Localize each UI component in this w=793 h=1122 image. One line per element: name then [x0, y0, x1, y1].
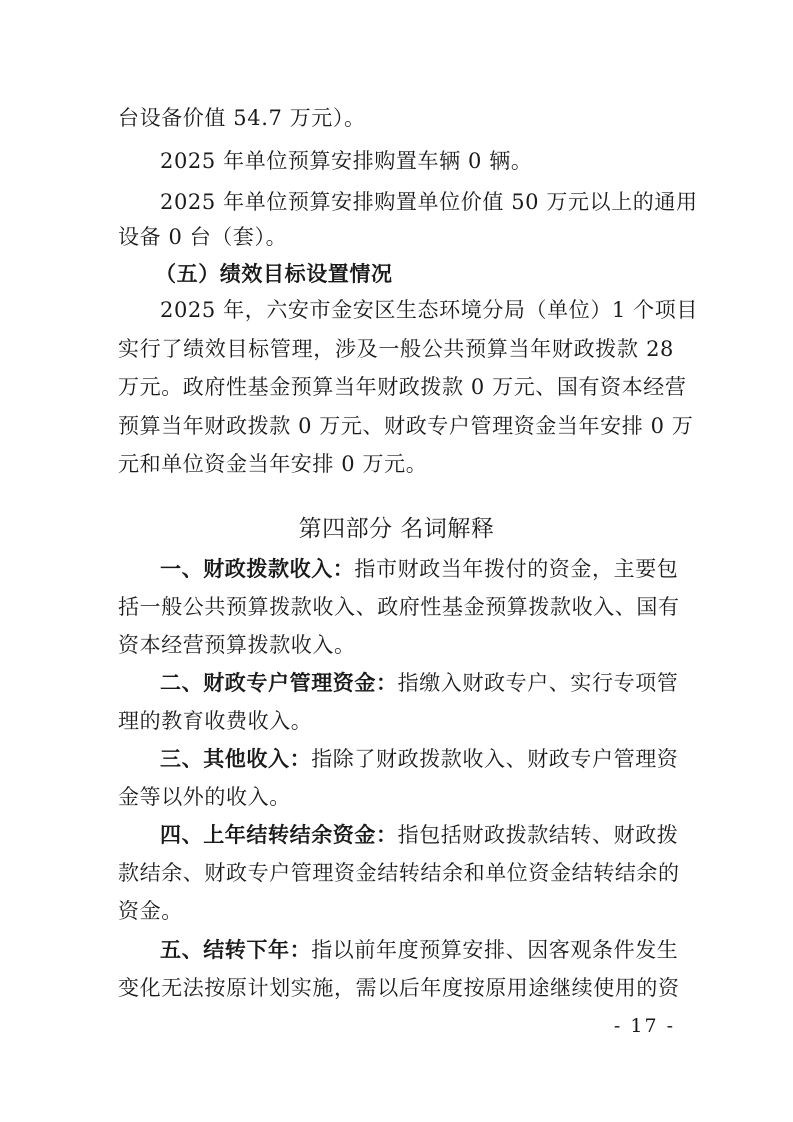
term-text: 指市财政当年拨付的资金，主要包	[354, 557, 678, 581]
term-definition-line: 四、上年结转结余资金：指包括财政拨款结转、财政拨	[160, 823, 674, 847]
term-definition-line: 五、结转下年：指以前年度预算安排、因客观条件发生	[160, 938, 674, 962]
term-label: 一、财政拨款收入：	[160, 557, 354, 581]
paragraph-line: 资本经营预算拨款收入。	[118, 633, 674, 657]
section-heading: （五）绩效目标设置情况	[155, 262, 669, 286]
term-text: 指包括财政拨款结转、财政拨	[398, 823, 679, 847]
page-number: - 17 -	[614, 1015, 675, 1037]
paragraph-line: 2025 年单位预算安排购置车辆 0 辆。	[160, 149, 674, 173]
paragraph-line: 资金。	[118, 899, 674, 923]
term-definition-line: 二、财政专户管理资金：指缴入财政专户、实行专项管	[160, 671, 674, 695]
paragraph-line: 括一般公共预算拨款收入、政府性基金预算拨款收入、国有	[118, 595, 674, 619]
paragraph-line: 变化无法按原计划实施，需以后年度按原用途继续使用的资	[118, 976, 674, 1000]
term-definition-line: 一、财政拨款收入：指市财政当年拨付的资金，主要包	[160, 557, 674, 581]
term-text: 指缴入财政专户、实行专项管	[398, 671, 679, 695]
paragraph-line: 万元。政府性基金预算当年财政拨款 0 万元、国有资本经营	[118, 375, 674, 399]
term-label: 二、财政专户管理资金：	[160, 671, 398, 695]
term-text: 指除了财政拨款收入、财政专户管理资	[311, 747, 678, 771]
paragraph-line: 理的教育收费收入。	[118, 709, 674, 733]
paragraph-line: 预算当年财政拨款 0 万元、财政专户管理资金当年安排 0 万	[118, 414, 674, 438]
term-definition-line: 三、其他收入：指除了财政拨款收入、财政专户管理资	[160, 747, 674, 771]
paragraph-line: 台设备价值 54.7 万元）。	[118, 106, 674, 130]
term-label: 四、上年结转结余资金：	[160, 823, 398, 847]
part-title: 第四部分 名词解释	[0, 515, 793, 543]
paragraph-line: 元和单位资金当年安排 0 万元。	[118, 452, 674, 476]
term-text: 指以前年度预算安排、因客观条件发生	[311, 938, 678, 962]
paragraph-line: 2025 年，六安市金安区生态环境分局（单位）1 个项目	[160, 298, 674, 322]
term-label: 三、其他收入：	[160, 747, 311, 771]
paragraph-line: 2025 年单位预算安排购置单位价值 50 万元以上的通用	[160, 190, 674, 214]
paragraph-line: 实行了绩效目标管理，涉及一般公共预算当年财政拨款 28	[118, 337, 674, 361]
paragraph-line: 金等以外的收入。	[118, 785, 674, 809]
paragraph-line: 款结余、财政专户管理资金结转结余和单位资金结转结余的	[118, 861, 674, 885]
paragraph-line: 设备 0 台（套）。	[118, 225, 674, 249]
document-page: 台设备价值 54.7 万元）。 2025 年单位预算安排购置车辆 0 辆。 20…	[0, 0, 793, 1122]
term-label: 五、结转下年：	[160, 938, 311, 962]
